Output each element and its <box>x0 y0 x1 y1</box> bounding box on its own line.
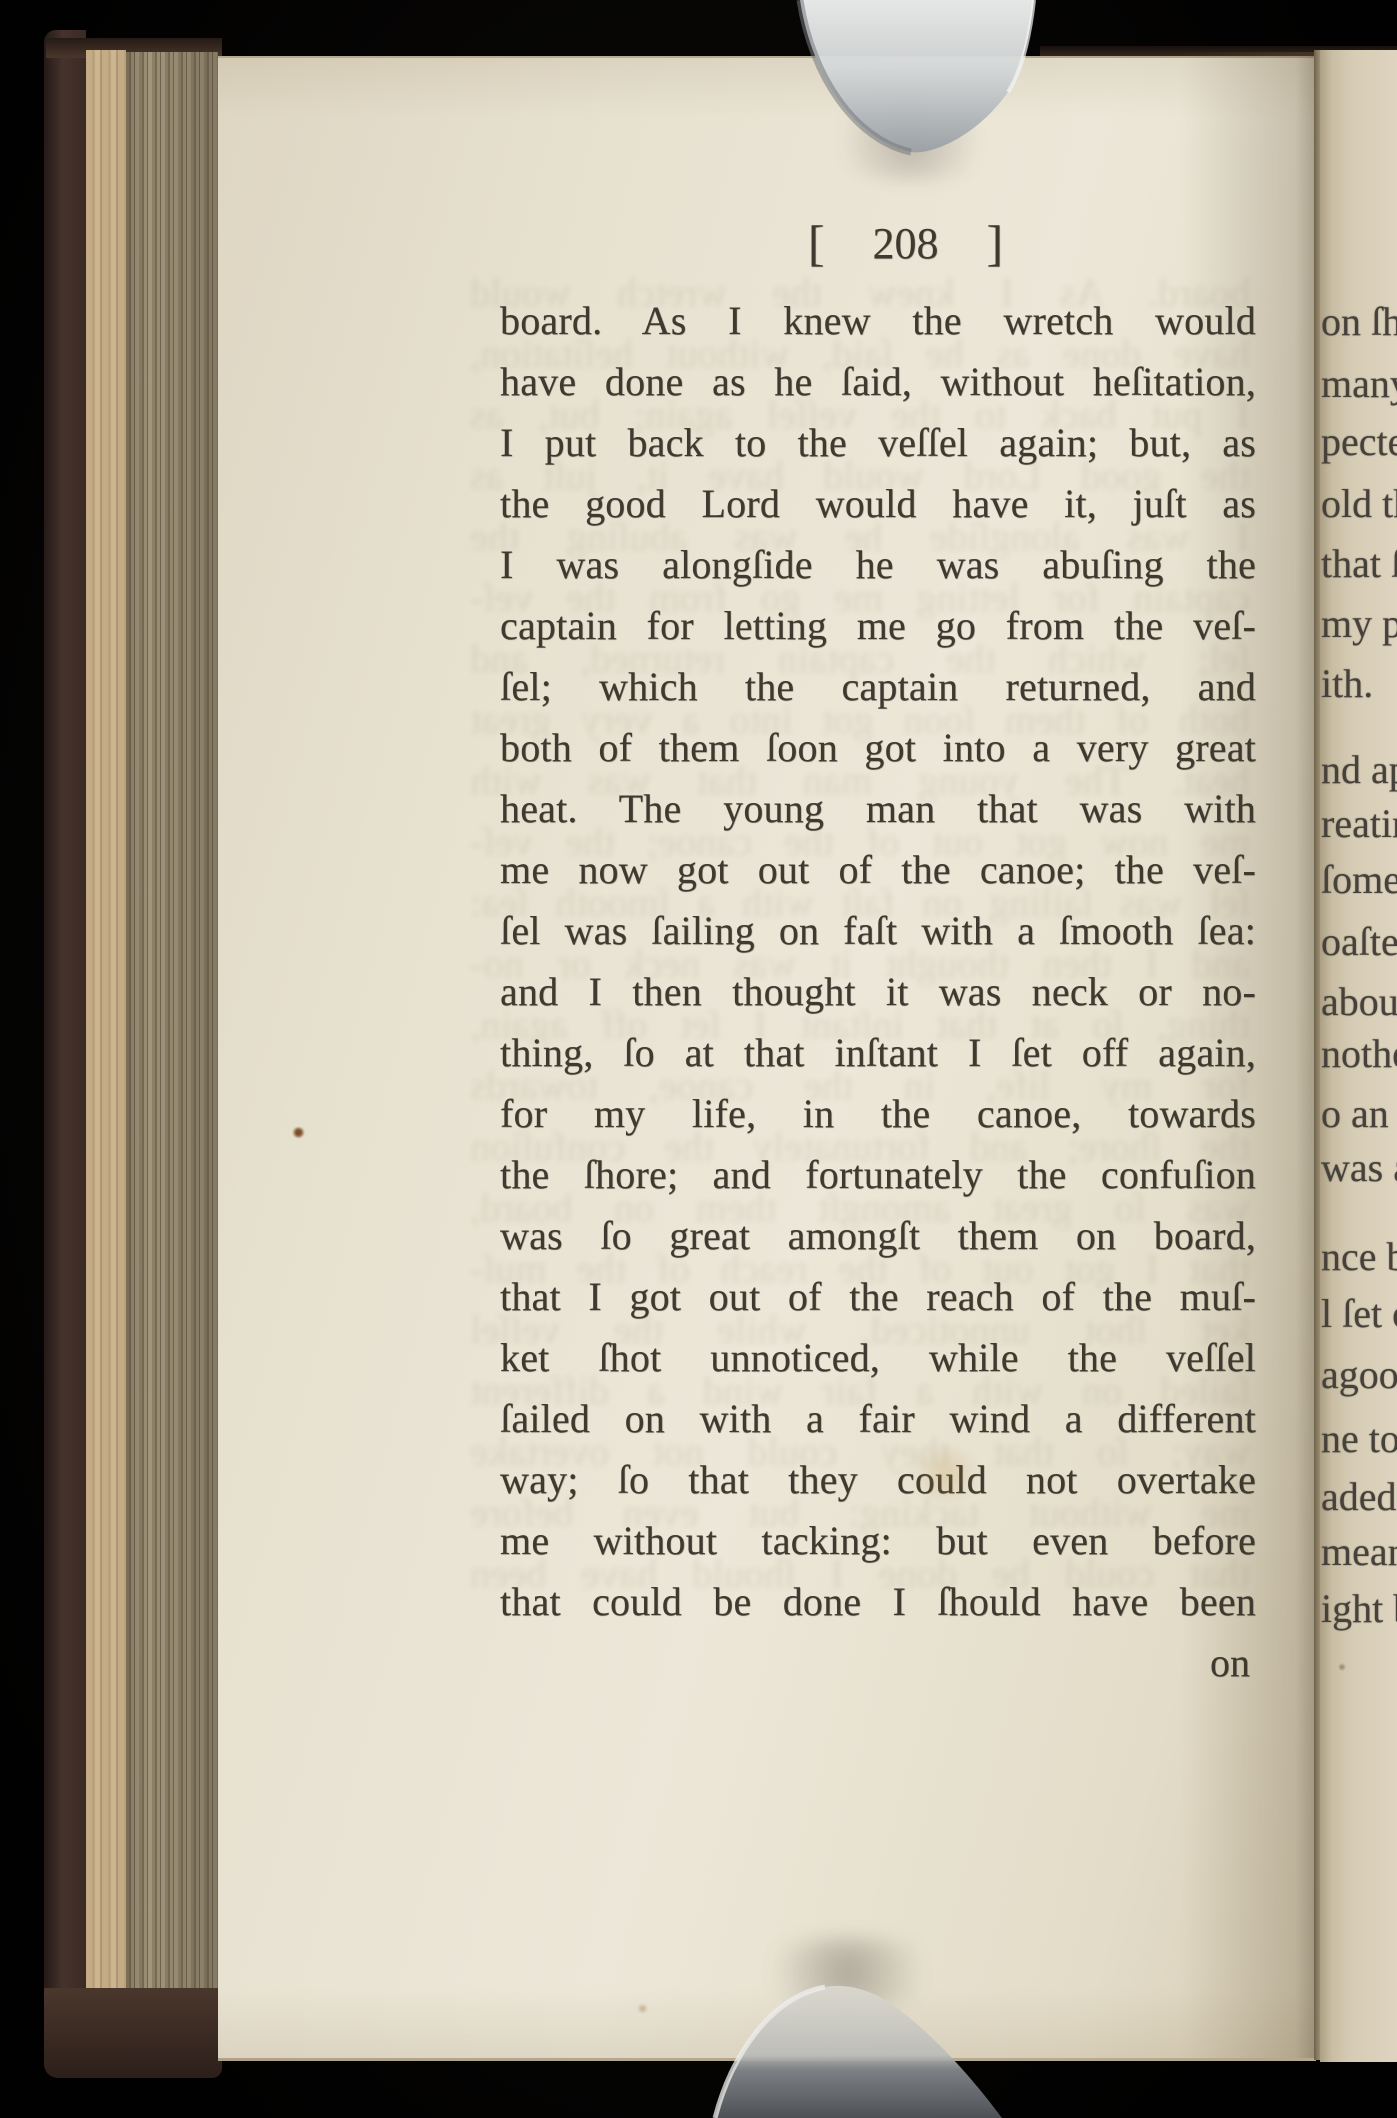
text-line: the ſhore; and fortunately the confuſion <box>500 1144 1256 1205</box>
text-line: both of them ſoon got into a very great <box>500 717 1256 778</box>
adjacent-page-fragment: nd ap <box>1321 748 1397 792</box>
adjacent-page-fragment: was alſo <box>1321 1146 1397 1190</box>
text-line: and I then thought it was neck or no- <box>500 961 1256 1022</box>
text-line: that I got out of the reach of the muſ- <box>500 1266 1256 1327</box>
paper-stain <box>905 1448 985 1500</box>
adjacent-page-text: on ſhormany tpectedold thethat ſhomy paſ… <box>1318 0 1397 2118</box>
text-line: ſel; which the captain returned, and <box>500 656 1256 717</box>
adjacent-page-fragment: my paſ <box>1321 602 1397 646</box>
page-stack-fore-edge <box>126 52 218 1992</box>
adjacent-page-fragment: ight be <box>1321 1587 1397 1631</box>
page-number: 208 <box>873 218 939 269</box>
adjacent-page-fragment: reating <box>1321 802 1397 846</box>
adjacent-page-fragment: about ei <box>1321 980 1397 1024</box>
text-line: I put back to the veſſel again; but, as <box>500 412 1256 473</box>
text-line: for my life, in the canoe, towards <box>500 1083 1256 1144</box>
adjacent-page-fragment: ſome r <box>1321 858 1397 902</box>
text-line: way; ſo that they could not overtake <box>500 1449 1256 1510</box>
text-line: ſel was ſailing on faſt with a ſmooth ſe… <box>500 900 1256 961</box>
header-bracket-left: [ <box>808 214 825 272</box>
adjacent-page-fragment: nce be <box>1321 1235 1397 1279</box>
text-line: was ſo great amongſt them on board, <box>500 1205 1256 1266</box>
text-line: I was alongſide he was abuſing the <box>500 534 1256 595</box>
text-line: thing, ſo at that inſtant I ſet off agai… <box>500 1022 1256 1083</box>
adjacent-page-fragment: agoon <box>1321 1353 1397 1397</box>
catchword: on <box>500 1632 1256 1693</box>
adjacent-page-fragment: aded, a <box>1321 1475 1397 1519</box>
text-line: that could be done I ſhould have been <box>500 1571 1256 1632</box>
text-line: captain for letting me go from the veſ- <box>500 595 1256 656</box>
adjacent-page-fragment: on ſhor <box>1321 300 1397 344</box>
adjacent-page-fragment: ith. <box>1321 662 1373 706</box>
adjacent-page-fragment: o an I <box>1321 1092 1397 1136</box>
adjacent-page-fragment: that ſho <box>1321 542 1397 586</box>
text-line: the good Lord would have it, juſt as <box>500 473 1256 534</box>
foxing-spot <box>1338 1663 1346 1671</box>
adjacent-page-fragment: nother <box>1321 1032 1397 1076</box>
strap-shadow <box>745 1938 950 2008</box>
adjacent-page-fragment: pected <box>1321 420 1397 464</box>
text-line: heat. The young man that was with <box>500 778 1256 839</box>
adjacent-page-fragment: means o <box>1321 1530 1397 1574</box>
adjacent-page-fragment: oaſted <box>1321 920 1397 964</box>
text-line: board. As I knew the wretch would <box>500 290 1256 351</box>
book-cover-edge <box>44 30 86 2076</box>
adjacent-page-fragment: l ſet o <box>1321 1292 1397 1336</box>
text-line: ſailed on with a fair wind a different <box>500 1388 1256 1449</box>
foxing-spot <box>292 1127 305 1138</box>
header-bracket-right: ] <box>987 214 1004 272</box>
text-line: me without tacking: but even before <box>500 1510 1256 1571</box>
strap-shadow <box>820 100 1000 180</box>
foxing-spot <box>637 2004 648 2013</box>
text-line: me now got out of the canoe; the veſ- <box>500 839 1256 900</box>
endpaper-edge <box>86 50 126 1992</box>
adjacent-page-fragment: many t <box>1321 362 1397 406</box>
page-header: [ 208 ] <box>500 212 1256 270</box>
adjacent-page-fragment: ne to a <box>1321 1417 1397 1461</box>
catchword-block: on <box>500 1632 1256 1693</box>
text-block: board. As I knew the wretch wouldhave do… <box>500 290 1256 1632</box>
adjacent-page-fragment: old the <box>1321 482 1397 526</box>
book-photograph: board. As I knew the wretch wouldhave do… <box>0 0 1397 2118</box>
text-line: ket ſhot unnoticed, while the veſſel <box>500 1327 1256 1388</box>
text-line: have done as he ſaid, without heſitation… <box>500 351 1256 412</box>
book-board-bottom-left <box>44 1988 222 2078</box>
